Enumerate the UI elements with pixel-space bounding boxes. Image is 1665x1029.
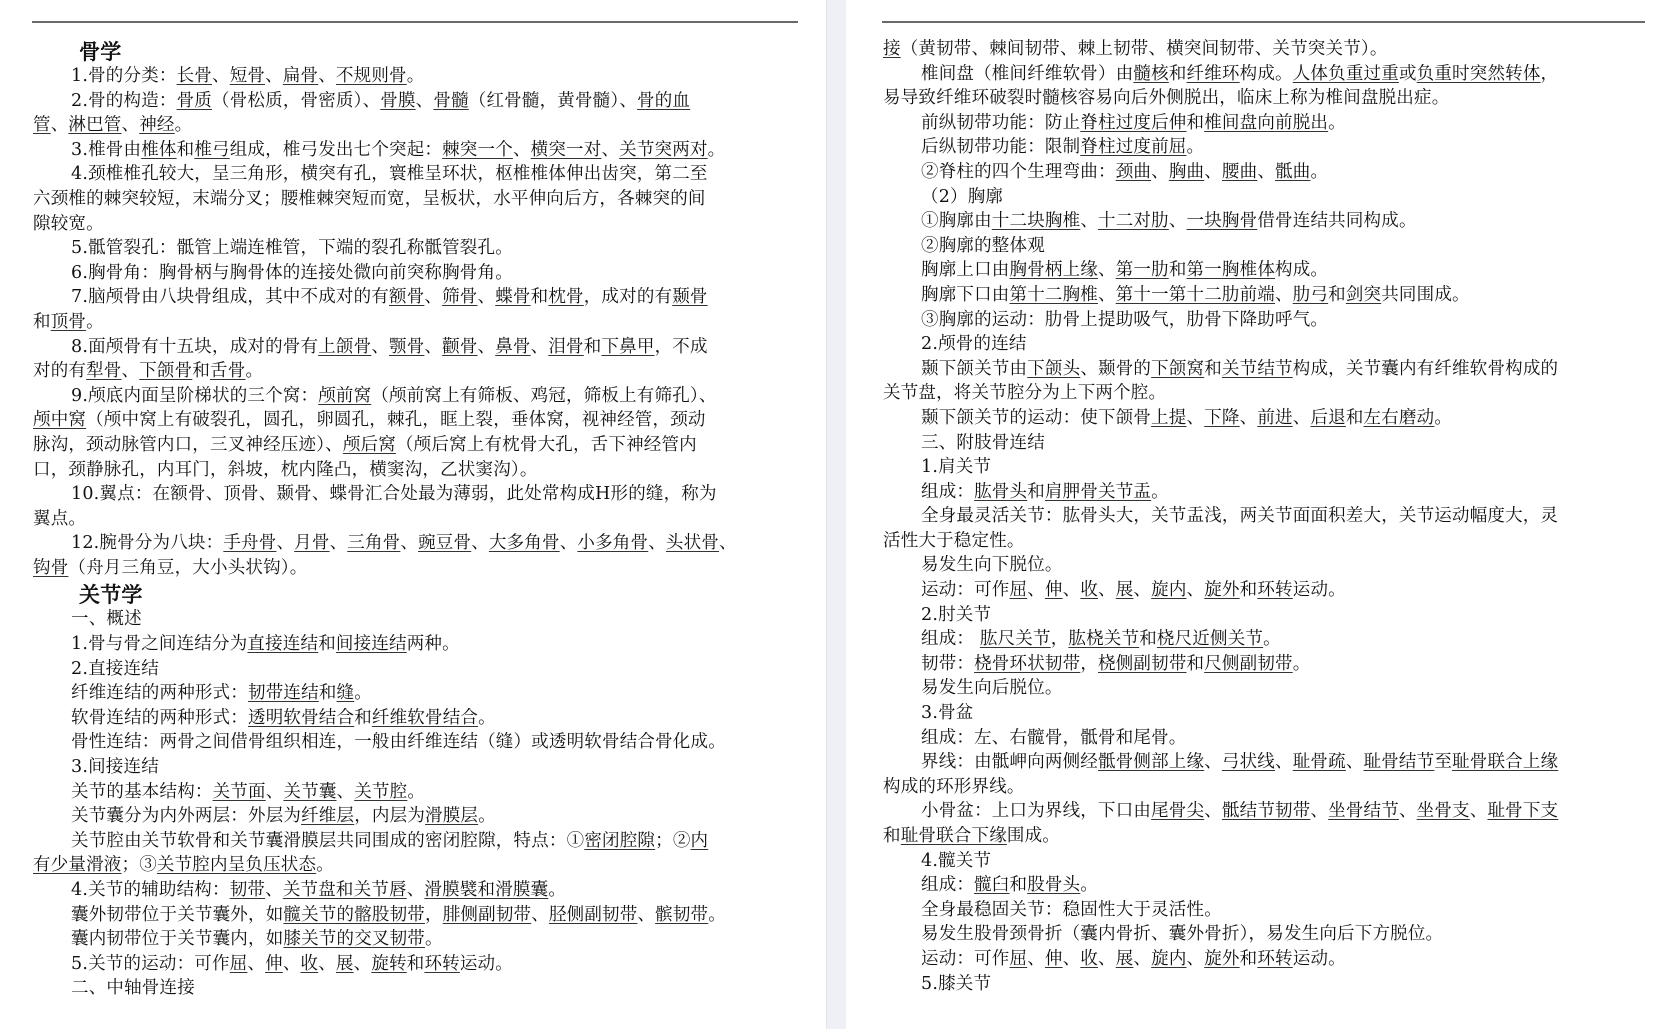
text-segment: 。 (175, 115, 193, 135)
text-segment: 对的有 (33, 361, 86, 381)
text-line: 组成：髋臼和股骨头。 (883, 873, 1653, 898)
text-segment: 。 (316, 855, 334, 875)
underlined-term: 髋臼 (974, 875, 1009, 895)
text-line: 易发生向下脱位。 (883, 553, 1653, 578)
underlined-term: 骶骨侧部上缘 (1098, 752, 1204, 772)
text-line: 和耻骨联合下缘围成。 (883, 824, 1653, 849)
underlined-term: 伸 (265, 954, 283, 974)
text-segment: 、 (1063, 580, 1081, 600)
text-line: 椎间盘（椎间纤维软骨）由髓核和纤维环构成。人体负重过重或负重时突然转体， (883, 62, 1653, 87)
text-line: 全身最稳固关节：稳固性大于灵活性。 (883, 898, 1653, 923)
text-segment: 界线：由骶岬向两侧经 (921, 752, 1098, 772)
underlined-term: 下颌骨 (139, 361, 192, 381)
text-segment: 、 (1204, 752, 1222, 772)
underlined-term: 横突一对 (531, 140, 602, 160)
text-line: 4.关节的辅助结构：韧带、关节盘和关节唇、滑膜襞和滑膜囊。 (33, 878, 803, 903)
text-segment: 、 (212, 66, 230, 86)
text-segment: 、 (531, 905, 549, 925)
text-line: 构成的环形界线。 (883, 775, 1653, 800)
text-segment: 、 (1187, 408, 1205, 428)
text-segment: 。 (1187, 137, 1205, 157)
underlined-term: 脊柱过度前屈 (1080, 137, 1186, 157)
text-segment: 8.面颅骨有十五块，成对的骨有 (71, 337, 318, 357)
text-line: 1.骨的分类：长骨、短骨、扁骨、不规则骨。 (33, 64, 803, 89)
underlined-term: 关节面 (213, 782, 266, 802)
underlined-term: 环转 (424, 954, 459, 974)
page-text-right: 接（黄韧带、棘间韧带、棘上韧带、横突间韧带、关节突关节）。椎间盘（椎间纤维软骨）… (883, 37, 1653, 996)
text-segment: 软骨连结的两种形式： (71, 708, 248, 728)
text-segment: （骨松质，骨密质）、 (212, 91, 380, 111)
underlined-term: 屈 (1010, 580, 1028, 600)
text-segment: 、 (648, 533, 666, 553)
text-segment: 和 (1139, 629, 1157, 649)
underlined-term: 髓核 (1133, 64, 1168, 84)
text-segment: 、 (1310, 801, 1328, 821)
underlined-term: 耻骨联合上缘 (1452, 752, 1558, 772)
text-segment: 、 (1098, 580, 1116, 600)
underlined-term: 展 (336, 954, 354, 974)
text-segment: 构成。 (1240, 64, 1293, 84)
underlined-term: 负重时突然转体 (1417, 64, 1541, 84)
text-segment: ，内层为 (354, 806, 425, 826)
underlined-term: 颚骨 (389, 337, 424, 357)
section-heading: 关节学 (33, 580, 803, 607)
text-segment: 和 (1027, 482, 1045, 502)
text-line: 小骨盆：上口为界线，下口由尾骨尖、骶结节韧带、坐骨结节、坐骨支、耻骨下支 (883, 799, 1653, 824)
underlined-term: 下降 (1204, 408, 1239, 428)
text-segment: ，成对的有 (584, 287, 673, 307)
text-segment: 运动：可作 (921, 580, 1010, 600)
text-segment: 。 (1080, 875, 1098, 895)
text-segment: 韧带： (921, 654, 974, 674)
text-segment: 、 (330, 533, 348, 553)
underlined-term: 胸曲 (1169, 162, 1204, 182)
underlined-term: 颧骨 (442, 337, 477, 357)
text-segment: 纤维连结的两种形式： (71, 683, 248, 703)
text-line: 3.间接连结 (33, 755, 803, 780)
text-segment: 和 (883, 826, 901, 846)
text-line: 3.骨盆 (883, 701, 1653, 726)
text-segment: 、 (1240, 408, 1258, 428)
underlined-term: 下鼻甲 (601, 337, 654, 357)
text-segment: （颅中窝上有破裂孔，圆孔，卵圆孔，棘孔，眶上裂，垂体窝，视神经管，颈动 (86, 410, 706, 430)
text-segment: 围成。 (1007, 826, 1060, 846)
underlined-term: 泪骨 (548, 337, 583, 357)
text-segment: 关节的基本结构： (71, 782, 213, 802)
underlined-term: 剑突 (1346, 285, 1381, 305)
text-segment: 6.胸骨角：胸骨柄与胸骨体的连接处微向前突称胸骨角。 (71, 263, 513, 283)
text-segment: 、 (1063, 949, 1081, 969)
text-segment: （舟月三角豆，大小头状钩）。 (68, 558, 307, 578)
text-segment: 、 (424, 287, 442, 307)
underlined-term: 额骨 (389, 287, 424, 307)
text-segment: 7.脑颅骨由八块骨组成，其中不成对的有 (71, 287, 389, 307)
underlined-term: 上提 (1151, 408, 1186, 428)
text-line: 2.颅骨的连结 (883, 332, 1653, 357)
text-segment: 。 (1310, 162, 1328, 182)
text-segment: 骨性连结：两骨之间借骨组织相连，一般由纤维连结（缝）或透明软骨结合骨化成。 (71, 732, 726, 752)
text-segment: 、 (1027, 949, 1045, 969)
underlined-term: 十二对肋 (1098, 211, 1169, 231)
underlined-term: 月骨 (294, 533, 329, 553)
text-segment: 构成。 (1275, 260, 1328, 280)
underlined-term: 股骨头 (1027, 875, 1080, 895)
text-line: 六颈椎的棘突较短，末端分叉；腰椎棘突短而宽，呈板状，水平伸向后方，各棘突的间 (33, 187, 803, 212)
text-segment: （黄韧带、棘间韧带、棘上韧带、横突间韧带、关节突关节）。 (901, 39, 1388, 59)
text-segment: ②胸廓的整体观 (921, 236, 1045, 256)
underlined-term: 滑膜襞和滑膜囊 (424, 880, 548, 900)
text-segment: 。 (708, 905, 726, 925)
text-segment: 、 (1293, 408, 1311, 428)
text-line: 4.颈椎椎孔较大，呈三角形，横突有孔，寰椎呈环状，枢椎椎体伸出齿突，第二至 (33, 162, 803, 187)
underlined-term: 屈 (1010, 949, 1028, 969)
underlined-term: 耻骨下支 (1487, 801, 1558, 821)
underlined-term: 髋关节的髂股韧带 (283, 905, 425, 925)
text-segment: 关节腔由关节软骨和关节囊滑膜层共同围成的密闭腔隙，特点：① (71, 831, 584, 851)
text-segment: 、 (560, 533, 578, 553)
underlined-term: 骶结节韧带 (1222, 801, 1311, 821)
text-segment: 、 (1204, 162, 1222, 182)
text-segment: 、 (1098, 949, 1116, 969)
underlined-term: 三角骨 (347, 533, 400, 553)
text-segment: 易发生股骨颈骨折（囊内骨折、囊外骨折），易发生向后下方脱位。 (921, 924, 1443, 944)
text-line: 颞下颌关节的运动：使下颌骨上提、下降、前进、后退和左右磨动。 (883, 406, 1653, 431)
underlined-term: 肋弓 (1293, 285, 1328, 305)
text-segment: 4.髋关节 (921, 851, 991, 871)
text-segment: 和 (192, 361, 210, 381)
underlined-term: 枕骨 (548, 287, 583, 307)
text-segment: 、 (122, 361, 140, 381)
text-segment: 9.颅底内面呈阶梯状的三个窝： (71, 386, 318, 406)
text-line: 易导致纤维环破裂时髓核容易向后外侧脱出，临床上称为椎间盘脱出症。 (883, 86, 1653, 111)
underlined-term: 骨膜 (380, 91, 415, 111)
underlined-term: 桡尺近侧关节 (1157, 629, 1263, 649)
text-segment: 、 (1027, 580, 1045, 600)
text-line: 关节腔由关节软骨和关节囊滑膜层共同围成的密闭腔隙，特点：①密闭腔隙；②内 (33, 829, 803, 854)
text-line: 易发生股骨颈骨折（囊内骨折、囊外骨折），易发生向后下方脱位。 (883, 922, 1653, 947)
text-line: 2.直接连结 (33, 657, 803, 682)
text-segment: 关节学 (79, 582, 143, 607)
underlined-term: 有少量滑液 (33, 855, 122, 875)
text-segment: 、 (601, 140, 619, 160)
underlined-term: 椎体 (141, 140, 176, 160)
underlined-term: 耻骨结节 (1364, 752, 1435, 772)
text-segment: 。 (245, 361, 263, 381)
text-segment: 、 (1133, 949, 1151, 969)
text-line: 囊外韧带位于关节囊外，如髋关节的髂股韧带，腓侧副韧带、胫侧副韧带、髌韧带。 (33, 903, 803, 928)
text-segment: 、 (478, 287, 496, 307)
text-segment: 椎间盘（椎间纤维软骨）由 (921, 64, 1133, 84)
text-segment: 、 (318, 66, 336, 86)
text-line: 组成： 肱尺关节，肱桡关节和桡尺近侧关节。 (883, 627, 1653, 652)
underlined-term: 伸 (1045, 949, 1063, 969)
underlined-term: 手舟骨 (223, 533, 276, 553)
underlined-term: 骨髓 (433, 91, 468, 111)
underlined-term: 耻骨联合下缘 (901, 826, 1007, 846)
text-segment: 共同围成。 (1381, 285, 1470, 305)
underlined-term: 滑膜层 (425, 806, 478, 826)
text-line: 12.腕骨分为八块：手舟骨、月骨、三角骨、豌豆骨、大多角骨、小多角骨、头状骨、 (33, 531, 803, 556)
text-line: 全身最灵活关节：肱骨头大，关节盂浅，两关节面面积差大，关节运动幅度大，灵 (883, 504, 1653, 529)
text-segment: 二、中轴骨连接 (71, 978, 195, 998)
underlined-term: 关节腔 (354, 782, 407, 802)
text-segment: 、 (51, 115, 69, 135)
text-segment: 1.骨的分类： (71, 66, 177, 86)
underlined-term: 关节囊 (283, 782, 336, 802)
document-page-right: 接（黄韧带、棘间韧带、棘上韧带、横突间韧带、关节突关节）。椎间盘（椎间纤维软骨）… (846, 0, 1665, 1029)
text-segment: 、 (719, 533, 737, 553)
text-segment: 和 (1328, 285, 1346, 305)
text-segment: 和 (1187, 654, 1205, 674)
text-segment: 、 (266, 782, 284, 802)
text-segment: 。 (407, 66, 425, 86)
text-segment: 运动：可作 (921, 949, 1010, 969)
text-segment: 。 (86, 312, 104, 332)
underlined-term: 旋转 (371, 954, 406, 974)
underlined-term: 颅前窝 (318, 386, 371, 406)
text-line: 易发生向后脱位。 (883, 676, 1653, 701)
text-line: 2.肘关节 (883, 603, 1653, 628)
text-segment: 六颈椎的棘突较短，末端分叉；腰椎棘突短而宽，呈板状，水平伸向后方，各棘突的间 (33, 189, 706, 209)
underlined-term: 骨的血 (637, 91, 690, 111)
underlined-term: 关节结节 (1222, 359, 1293, 379)
text-segment: ， (1051, 629, 1069, 649)
text-segment: 、 (337, 782, 355, 802)
text-segment: 和 (319, 683, 337, 703)
text-segment: 。 (425, 929, 443, 949)
underlined-term: 收 (1080, 580, 1098, 600)
underlined-term: 第十一第十二肋前端 (1116, 285, 1275, 305)
text-segment: （颅后窝上有枕骨大孔，舌下神经管内 (396, 435, 697, 455)
text-segment: 5.关节的运动：可作 (71, 954, 230, 974)
text-line: 隙较宽。 (33, 212, 803, 237)
text-segment: 、 (531, 337, 549, 357)
text-segment: 后纵韧带功能：限制 (921, 137, 1080, 157)
text-segment: 。 (1328, 113, 1346, 133)
text-segment: 、 (1098, 285, 1116, 305)
underlined-term: 骶曲 (1275, 162, 1310, 182)
text-segment: 组成：左、右髋骨，骶骨和尾骨。 (921, 728, 1187, 748)
underlined-term: 纤维层 (301, 806, 354, 826)
text-segment: 骨学 (79, 39, 121, 64)
underlined-term: 接 (883, 39, 901, 59)
text-segment: 。 (478, 708, 496, 728)
text-line: 7.脑颅骨由八块骨组成，其中不成对的有额骨、筛骨、蝶骨和枕骨，成对的有颞骨 (33, 285, 803, 310)
text-line: 前纵韧带功能：防止脊柱过度后伸和椎间盘向前脱出。 (883, 111, 1653, 136)
text-segment: 。 (1293, 654, 1311, 674)
text-segment: 、 (1187, 949, 1205, 969)
text-line: 8.面颅骨有十五块，成对的骨有上颌骨、颚骨、颧骨、鼻骨、泪骨和下鼻甲，不成 (33, 335, 803, 360)
underlined-term: 犁骨 (86, 361, 121, 381)
text-segment: 、 (1399, 801, 1417, 821)
text-line: 9.颅底内面呈阶梯状的三个窝：颅前窝（颅前窝上有筛板、鸡冠，筛板上有筛孔）、 (33, 384, 803, 409)
text-segment: 、 (265, 880, 283, 900)
text-segment: 翼点。 (33, 509, 86, 529)
text-segment: 、 (1346, 752, 1364, 772)
underlined-term: 旋外 (1204, 949, 1239, 969)
text-segment: 。 (478, 806, 496, 826)
underlined-term: 上颌骨 (318, 337, 371, 357)
text-segment: 、 (424, 337, 442, 357)
underlined-term: 人体负重过重 (1293, 64, 1399, 84)
text-line: ①胸廓由十二块胸椎、十二对肋、一块胸骨借骨连结共同构成。 (883, 209, 1653, 234)
underlined-term: 第一胸椎体 (1187, 260, 1276, 280)
underlined-term: 弓状线 (1222, 752, 1275, 772)
text-segment: ，不成 (655, 337, 708, 357)
underlined-term: 前进 (1257, 408, 1292, 428)
text-line: 4.髋关节 (883, 849, 1653, 874)
text-segment: 、 (1275, 285, 1293, 305)
underlined-term: 收 (1080, 949, 1098, 969)
text-segment: 、 (1151, 162, 1169, 182)
underlined-term: 收 (301, 954, 319, 974)
text-segment: 。 (708, 140, 726, 160)
underlined-term: 屈 (230, 954, 248, 974)
text-line: 1.肩关节 (883, 455, 1653, 480)
text-segment: 4.颈椎椎孔较大，呈三角形，横突有孔，寰椎呈环状，枢椎椎体伸出齿突，第二至 (71, 164, 708, 184)
text-line: 和顶骨。 (33, 310, 803, 335)
text-segment: 全身最灵活关节：肱骨头大，关节盂浅，两关节面面积差大，关节运动幅度大，灵 (921, 506, 1558, 526)
text-segment: 12.腕骨分为八块： (71, 533, 223, 553)
text-segment: 隙较宽。 (33, 214, 104, 234)
text-segment: ③胸廓的运动：肋骨上提助吸气，肋骨下降助呼气。 (921, 310, 1328, 330)
text-segment: 小骨盆：上口为界线，下口由 (921, 801, 1151, 821)
text-segment: 4.关节的辅助结构： (71, 880, 230, 900)
text-line: 翼点。 (33, 507, 803, 532)
text-line: 二、中轴骨连接 (33, 976, 803, 1001)
text-segment: 、 (1098, 260, 1116, 280)
text-segment: 胸廓上口由 (921, 260, 1010, 280)
text-segment: 和 (531, 287, 549, 307)
underlined-term: 下颌头 (1027, 359, 1080, 379)
underlined-term: 淋巴管 (68, 115, 121, 135)
underlined-term: 缝 (337, 683, 355, 703)
text-segment: ；② (655, 831, 690, 851)
text-segment: 和 (177, 140, 195, 160)
text-segment: 组成： (921, 875, 974, 895)
text-segment: 、 (1080, 211, 1098, 231)
text-segment: 口，颈静脉孔，内耳门，斜坡，枕内隆凸，横窦沟，乙状窦沟）。 (33, 460, 538, 480)
text-segment: 和 (354, 708, 372, 728)
underlined-term: 膝关节的交叉韧带 (283, 929, 425, 949)
text-segment: 、 (416, 91, 434, 111)
text-segment: 、 (407, 880, 425, 900)
underlined-term: 尾骨尖 (1151, 801, 1204, 821)
underlined-term: 内 (691, 831, 709, 851)
text-line: 1.骨与骨之间连结分为直接连结和间接连结两种。 (33, 632, 803, 657)
text-segment: 和 (318, 634, 336, 654)
text-segment: 5.骶管裂孔：骶管上端连椎管，下端的裂孔称骶管裂孔。 (71, 238, 513, 258)
underlined-term: 桡骨环状韧带 (974, 654, 1080, 674)
underlined-term: 腓侧副韧带 (443, 905, 532, 925)
text-segment: 至 (1434, 752, 1452, 772)
text-segment: 和 (33, 312, 51, 332)
underlined-term: 旋内 (1151, 949, 1186, 969)
underlined-term: 顶骨 (51, 312, 86, 332)
text-line: 6.胸骨角：胸骨柄与胸骨体的连接处微向前突称胸骨角。 (33, 261, 803, 286)
underlined-term: 钩骨 (33, 558, 68, 578)
underlined-term: 伸 (1045, 580, 1063, 600)
text-segment: 、 (318, 954, 336, 974)
page-header-rule (882, 21, 1645, 23)
text-segment: 、 (1204, 801, 1222, 821)
underlined-term: 鼻骨 (495, 337, 530, 357)
text-segment: 和 (1240, 580, 1258, 600)
underlined-term: 颅后窝 (343, 435, 396, 455)
text-segment: 、 (400, 533, 418, 553)
text-segment: 、 (1275, 752, 1293, 772)
text-line: 对的有犁骨、下颌骨和舌骨。 (33, 359, 803, 384)
text-segment: 1.骨与骨之间连结分为 (71, 634, 247, 654)
text-segment: 。 (548, 880, 566, 900)
text-segment: 2.颅骨的连结 (921, 334, 1027, 354)
text-segment: 2.肘关节 (921, 605, 991, 625)
underlined-term: 肱桡关节 (1068, 629, 1139, 649)
underlined-term: 环转 (1257, 949, 1292, 969)
text-segment: 、 (471, 533, 489, 553)
text-segment: 。 (354, 683, 372, 703)
underlined-term: 脊柱过度后伸 (1080, 113, 1186, 133)
text-line: 颅中窝（颅中窝上有破裂孔，圆孔，卵圆孔，棘孔，眶上裂，垂体窝，视神经管，颈动 (33, 408, 803, 433)
text-segment: 5.膝关节 (921, 974, 991, 994)
text-segment: （颅前窝上有筛板、鸡冠，筛板上有筛孔）、 (371, 386, 716, 406)
text-line: 10.翼点：在额骨、顶骨、颞骨、蝶骨汇合处最为薄弱，此处常构成H形的缝，称为 (33, 482, 803, 507)
text-segment: 和 (1010, 875, 1028, 895)
text-segment: 或 (1399, 64, 1417, 84)
underlined-term: 小多角骨 (577, 533, 648, 553)
underlined-term: 颅中窝 (33, 410, 86, 430)
underlined-term: 旋内 (1151, 580, 1186, 600)
underlined-term: 左右磨动 (1364, 408, 1435, 428)
text-line: 关节囊分为内外两层：外层为纤维层，内层为滑膜层。 (33, 804, 803, 829)
text-segment: 、 (478, 337, 496, 357)
underlined-term: 展 (1116, 580, 1134, 600)
text-segment: 、 (1133, 580, 1151, 600)
underlined-term: 透明软骨结合 (248, 708, 354, 728)
text-segment: 、 (276, 533, 294, 553)
text-segment: 3.骨盆 (921, 703, 974, 723)
underlined-term: 纤维软骨结合 (372, 708, 478, 728)
underlined-term: 后退 (1310, 408, 1345, 428)
text-segment: 3.间接连结 (71, 757, 159, 777)
text-segment: 和 (584, 337, 602, 357)
text-segment: 和 (1169, 64, 1187, 84)
text-segment: 、 (1169, 211, 1187, 231)
underlined-term: 颞骨 (672, 287, 707, 307)
underlined-term: 十二块胸椎 (992, 211, 1081, 231)
underlined-term: 韧带连结 (248, 683, 319, 703)
underlined-term: 关节突两对 (619, 140, 708, 160)
underlined-term: 关节盘和关节唇 (283, 880, 407, 900)
underlined-term: 肩胛骨关节盂 (1045, 482, 1151, 502)
text-segment: ；③ (122, 855, 157, 875)
text-line: 口，颈静脉孔，内耳门，斜坡，枕内隆凸，横窦沟，乙状窦沟）。 (33, 458, 803, 483)
text-segment: 、 (122, 115, 140, 135)
text-segment: 运动。 (1293, 580, 1346, 600)
underlined-term: 旋外 (1204, 580, 1239, 600)
text-segment: 构成的环形界线。 (883, 777, 1025, 797)
text-line: 活性大于稳定性。 (883, 529, 1653, 554)
underlined-term: 颈曲 (1116, 162, 1151, 182)
text-segment: 囊外韧带位于关节囊外，如 (71, 905, 283, 925)
underlined-term: 坐骨结节 (1328, 801, 1399, 821)
underlined-term: 棘突一个 (442, 140, 513, 160)
underlined-term: 骨质 (177, 91, 212, 111)
text-segment: ， (1541, 64, 1559, 84)
text-segment: 2.骨的构造： (71, 91, 177, 111)
text-line: 胸廓上口由胸骨柄上缘、第一肋和第一胸椎体构成。 (883, 258, 1653, 283)
underlined-term: 坐骨支 (1417, 801, 1470, 821)
